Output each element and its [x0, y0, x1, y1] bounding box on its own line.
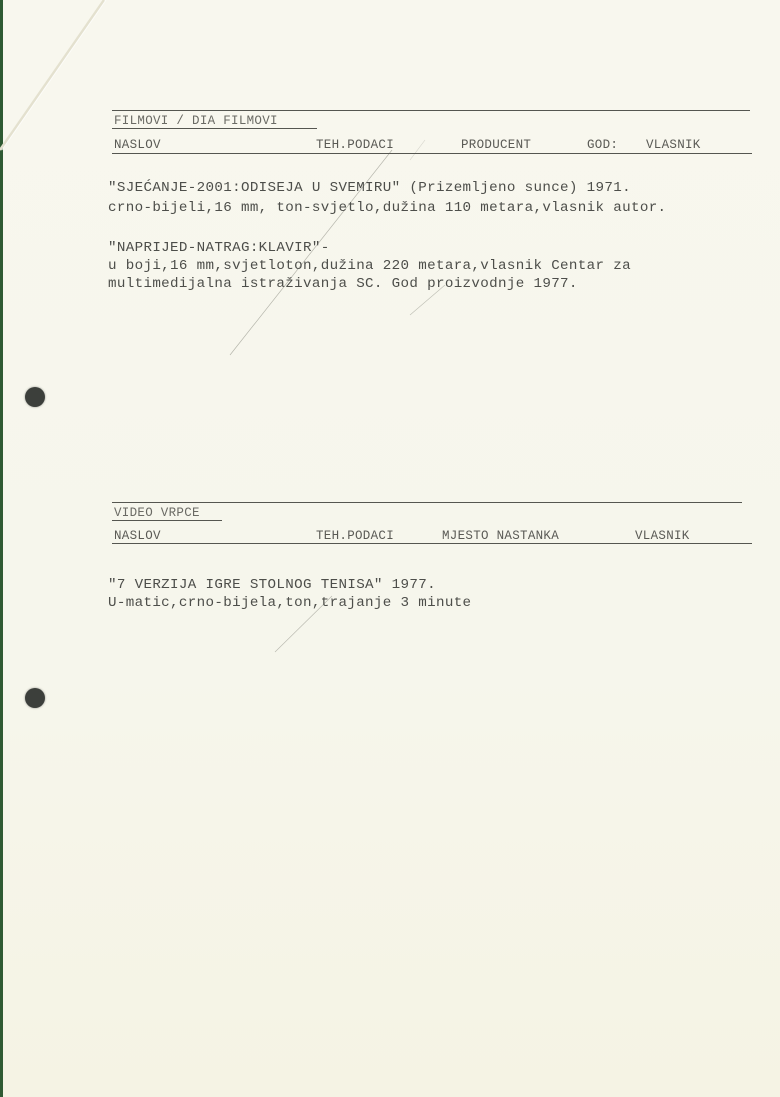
video-header-rule	[112, 543, 752, 544]
films-top-rule	[112, 110, 750, 111]
film-entry-line: crno-bijeli,16 mm, ton-svjetlo,dužina 11…	[108, 199, 666, 217]
video-entry-line: "7 VERZIJA IGRE STOLNOG TENISA" 1977.	[108, 576, 436, 594]
video-entry-line: U-matic,crno-bijela,ton,trajanje 3 minut…	[108, 594, 471, 612]
fold-and-pencil-marks	[0, 0, 780, 1097]
punch-hole-bottom	[25, 688, 45, 708]
punch-hole-top	[25, 387, 45, 407]
film-entry-line: multimedijalna istraživanja SC. God proi…	[108, 275, 578, 293]
column-header-vlasnik: VLASNIK	[646, 138, 701, 152]
column-header-naslov: NASLOV	[114, 529, 161, 543]
films-header-rule	[112, 153, 752, 154]
video-top-rule	[112, 502, 742, 503]
page-edge-binding	[0, 0, 3, 1097]
column-header-mjesto-nastanka: MJESTO NASTANKA	[442, 529, 559, 543]
column-header-producent: PRODUCENT	[461, 138, 531, 152]
film-entry-line: u boji,16 mm,svjetloton,dužina 220 metar…	[108, 257, 631, 275]
column-header-teh-podaci: TEH.PODACI	[316, 529, 394, 543]
column-header-vlasnik: VLASNIK	[635, 529, 690, 543]
column-header-naslov: NASLOV	[114, 138, 161, 152]
video-title-underline	[112, 520, 222, 521]
films-title-underline	[112, 128, 317, 129]
film-entry-line: "NAPRIJED-NATRAG:KLAVIR"-	[108, 239, 330, 257]
film-entry-line: "SJEĆANJE-2001:ODISEJA U SVEMIRU" (Prize…	[108, 179, 631, 197]
column-header-teh-podaci: TEH.PODACI	[316, 138, 394, 152]
video-section-title: VIDEO VRPCE	[114, 506, 200, 520]
column-header-god: GOD:	[587, 138, 618, 152]
films-section-title: FILMOVI / DIA FILMOVI	[114, 114, 278, 128]
document-page: FILMOVI / DIA FILMOVI NASLOV TEH.PODACI …	[0, 0, 780, 1097]
